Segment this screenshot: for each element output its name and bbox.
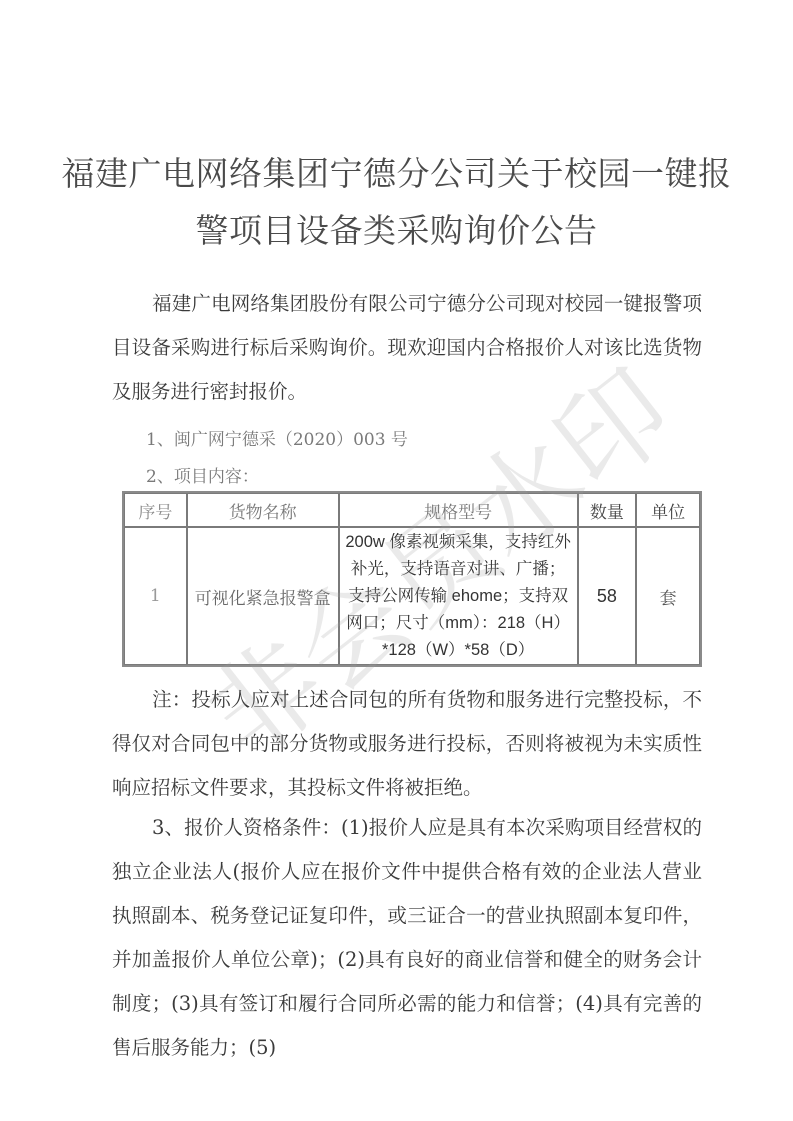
intro-paragraph: 福建广电网络集团股份有限公司宁德分公司现对校园一键报警项目设备采购进行标后采购询… (112, 282, 702, 414)
intro-text: 福建广电网络集团股份有限公司宁德分公司现对校园一键报警项目设备采购进行标后采购询… (112, 292, 702, 403)
header-goods-name: 货物名称 (187, 493, 339, 527)
note-paragraph: 注：投标人应对上述合同包的所有货物和服务进行完整投标，不得仅对合同包中的部分货物… (112, 678, 702, 810)
cell-goods-name: 可视化紧急报警盒 (187, 527, 339, 665)
item-3-qualifications: 3、报价人资格条件：(1)报价人应是具有本次采购项目经营权的独立企业法人(报价人… (112, 806, 702, 1070)
item-1-reference-number: 1、闽广网宁德采（2020）003 号 (146, 425, 408, 450)
cell-spec: 200w 像素视频采集，支持红外补光，支持语音对讲、广播；支持公网传输 ehom… (339, 527, 578, 665)
header-spec: 规格型号 (339, 493, 578, 527)
qualifications-text: 3、报价人资格条件：(1)报价人应是具有本次采购项目经营权的独立企业法人(报价人… (112, 816, 702, 1059)
item-2-project-content: 2、项目内容： (146, 462, 259, 487)
cell-quantity: 58 (578, 527, 637, 665)
goods-table: 序号 货物名称 规格型号 数量 单位 1 可视化紧急报警盒 200w 像素视频采… (122, 491, 702, 667)
note-text: 注：投标人应对上述合同包的所有货物和服务进行完整投标，不得仅对合同包中的部分货物… (112, 688, 702, 799)
header-unit: 单位 (636, 493, 700, 527)
header-index: 序号 (124, 493, 187, 527)
title-line-2: 警项目设备类采购询价公告 (0, 205, 793, 252)
table-row: 1 可视化紧急报警盒 200w 像素视频采集，支持红外补光，支持语音对讲、广播；… (124, 527, 700, 665)
table-header-row: 序号 货物名称 规格型号 数量 单位 (124, 493, 700, 527)
title-line-1: 福建广电网络集团宁德分公司关于校园一键报 (0, 148, 793, 195)
cell-unit: 套 (636, 527, 700, 665)
cell-index: 1 (124, 527, 187, 665)
document-page: 福建广电网络集团宁德分公司关于校园一键报 警项目设备类采购询价公告 福建广电网络… (0, 0, 793, 1121)
header-quantity: 数量 (578, 493, 637, 527)
